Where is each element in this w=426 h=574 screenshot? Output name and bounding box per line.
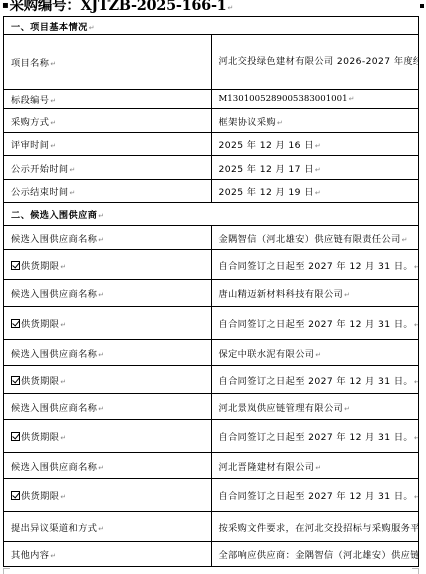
supplier-name-row: 候选入围供应商名称↵ 河北晋隆建材有限公司↵ bbox=[4, 453, 419, 479]
label-cell: 标段编号↵ bbox=[4, 90, 212, 109]
label-cell: 采购方式↵ bbox=[4, 109, 212, 133]
supplier-name-value: 保定中联水泥有限公司↵ bbox=[211, 340, 419, 366]
review-date-value: 2025 年 12 月 16 日↵ bbox=[211, 133, 419, 156]
section-heading-basic-info: 一、项目基本情况↵ bbox=[4, 17, 419, 35]
table-row: 采购方式↵ 框架协议采购↵ bbox=[4, 109, 419, 133]
table-row: 公示开始时间↵ 2025 年 12 月 17 日↵ bbox=[4, 156, 419, 180]
other-content-value: 全部响应供应商：金隅智信（河北雄安）供应链有限责任公 bbox=[211, 542, 419, 567]
label-cell: 供货期限↵ bbox=[4, 366, 212, 394]
bullet-icon: ▪ bbox=[2, 0, 8, 11]
project-name-value: 河北交投绿色建材有限公司 2026-2027 年度经营生产用原材料供应商入库（补… bbox=[211, 35, 419, 90]
label-cell: 评审时间↵ bbox=[4, 133, 212, 156]
supply-term-value: 自合同签订之日起至 2027 年 12 月 31 日。↵ bbox=[211, 307, 419, 340]
supplier-name-row: 候选入围供应商名称↵ 唐山精迈新材料科技有限公司↵ bbox=[4, 280, 419, 307]
table-row: 项目名称↵ 河北交投绿色建材有限公司 2026-2027 年度经营生产用原材料供… bbox=[4, 35, 419, 90]
page-corner-marker-icon bbox=[3, 568, 10, 574]
label-cell: 项目名称↵ bbox=[4, 35, 212, 90]
label-cell: 供货期限↵ bbox=[4, 307, 212, 340]
label-cell: 公示开始时间↵ bbox=[4, 156, 212, 180]
layout-marker-icon bbox=[420, 4, 424, 8]
supply-term-value: 自合同签订之日起至 2027 年 12 月 31 日。↵ bbox=[211, 479, 419, 512]
supply-term-row: 供货期限↵ 自合同签订之日起至 2027 年 12 月 31 日。↵ bbox=[4, 307, 419, 340]
label-cell: 供货期限↵ bbox=[4, 420, 212, 453]
supply-term-row: 供货期限↵ 自合同签订之日起至 2027 年 12 月 31 日。↵ bbox=[4, 366, 419, 394]
checkbox-checked-icon[interactable] bbox=[11, 376, 20, 385]
publicity-end-value: 2025 年 12 月 19 日↵ bbox=[211, 180, 419, 203]
label-cell: 提出异议渠道和方式↵ bbox=[4, 512, 212, 542]
section-heading-row: 一、项目基本情况↵ bbox=[4, 17, 419, 35]
section-heading-row: 二、候选入围供应商↵ bbox=[4, 203, 419, 226]
supplier-name-value: 河北晋隆建材有限公司↵ bbox=[211, 453, 419, 479]
announcement-table: 一、项目基本情况↵ 项目名称↵ 河北交投绿色建材有限公司 2026-2027 年… bbox=[3, 16, 419, 567]
label-cell: 供货期限↵ bbox=[4, 250, 212, 280]
objection-row: 提出异议渠道和方式↵ 按采购文件要求，在河北交投招标与采购服务平台提出。↵ bbox=[4, 512, 419, 542]
checkbox-checked-icon[interactable] bbox=[11, 261, 20, 270]
checkbox-checked-icon[interactable] bbox=[11, 319, 20, 328]
supply-term-row: 供货期限↵ 自合同签订之日起至 2027 年 12 月 31 日。↵ bbox=[4, 420, 419, 453]
procurement-method-value: 框架协议采购↵ bbox=[211, 109, 419, 133]
supply-term-row: 供货期限↵ 自合同签订之日起至 2027 年 12 月 31 日。↵ bbox=[4, 250, 419, 280]
label-cell: 供货期限↵ bbox=[4, 479, 212, 512]
label-cell: 候选入围供应商名称↵ bbox=[4, 226, 212, 250]
paragraph-mark-icon: ↵ bbox=[227, 4, 233, 12]
table-row: 评审时间↵ 2025 年 12 月 16 日↵ bbox=[4, 133, 419, 156]
supply-term-row: 供货期限↵ 自合同签订之日起至 2027 年 12 月 31 日。↵ bbox=[4, 479, 419, 512]
supply-term-value: 自合同签订之日起至 2027 年 12 月 31 日。↵ bbox=[211, 366, 419, 394]
label-cell: 候选入围供应商名称↵ bbox=[4, 280, 212, 307]
publicity-start-value: 2025 年 12 月 17 日↵ bbox=[211, 156, 419, 180]
table-row: 标段编号↵ M1301005289005383001001↵ bbox=[4, 90, 419, 109]
objection-value: 按采购文件要求，在河北交投招标与采购服务平台提出。↵ bbox=[211, 512, 419, 542]
label-cell: 公示结束时间↵ bbox=[4, 180, 212, 203]
supplier-name-row: 候选入围供应商名称↵ 河北景岚供应链管理有限公司↵ bbox=[4, 394, 419, 420]
supplier-name-value: 金隅智信（河北雄安）供应链有限责任公司↵ bbox=[211, 226, 419, 250]
document-title: ▪采购编号：XJTZB-2025-166-1↵ bbox=[2, 0, 233, 15]
label-cell: 其他内容↵ bbox=[4, 542, 212, 567]
supplier-name-row: 候选入围供应商名称↵ 金隅智信（河北雄安）供应链有限责任公司↵ bbox=[4, 226, 419, 250]
supply-term-value: 自合同签订之日起至 2027 年 12 月 31 日。↵ bbox=[211, 250, 419, 280]
section-heading-candidates: 二、候选入围供应商↵ bbox=[4, 203, 419, 226]
label-cell: 候选入围供应商名称↵ bbox=[4, 394, 212, 420]
label-cell: 候选入围供应商名称↵ bbox=[4, 340, 212, 366]
supplier-name-value: 河北景岚供应链管理有限公司↵ bbox=[211, 394, 419, 420]
checkbox-checked-icon[interactable] bbox=[11, 432, 20, 441]
other-content-row: 其他内容↵ 全部响应供应商：金隅智信（河北雄安）供应链有限责任公 bbox=[4, 542, 419, 567]
checkbox-checked-icon[interactable] bbox=[11, 491, 20, 500]
supplier-name-value: 唐山精迈新材料科技有限公司↵ bbox=[211, 280, 419, 307]
table-row: 公示结束时间↵ 2025 年 12 月 19 日↵ bbox=[4, 180, 419, 203]
lot-number-value: M1301005289005383001001↵ bbox=[211, 90, 419, 109]
supplier-name-row: 候选入围供应商名称↵ 保定中联水泥有限公司↵ bbox=[4, 340, 419, 366]
page-corner-marker-icon bbox=[412, 568, 419, 574]
label-cell: 候选入围供应商名称↵ bbox=[4, 453, 212, 479]
supply-term-value: 自合同签订之日起至 2027 年 12 月 31 日。↵ bbox=[211, 420, 419, 453]
